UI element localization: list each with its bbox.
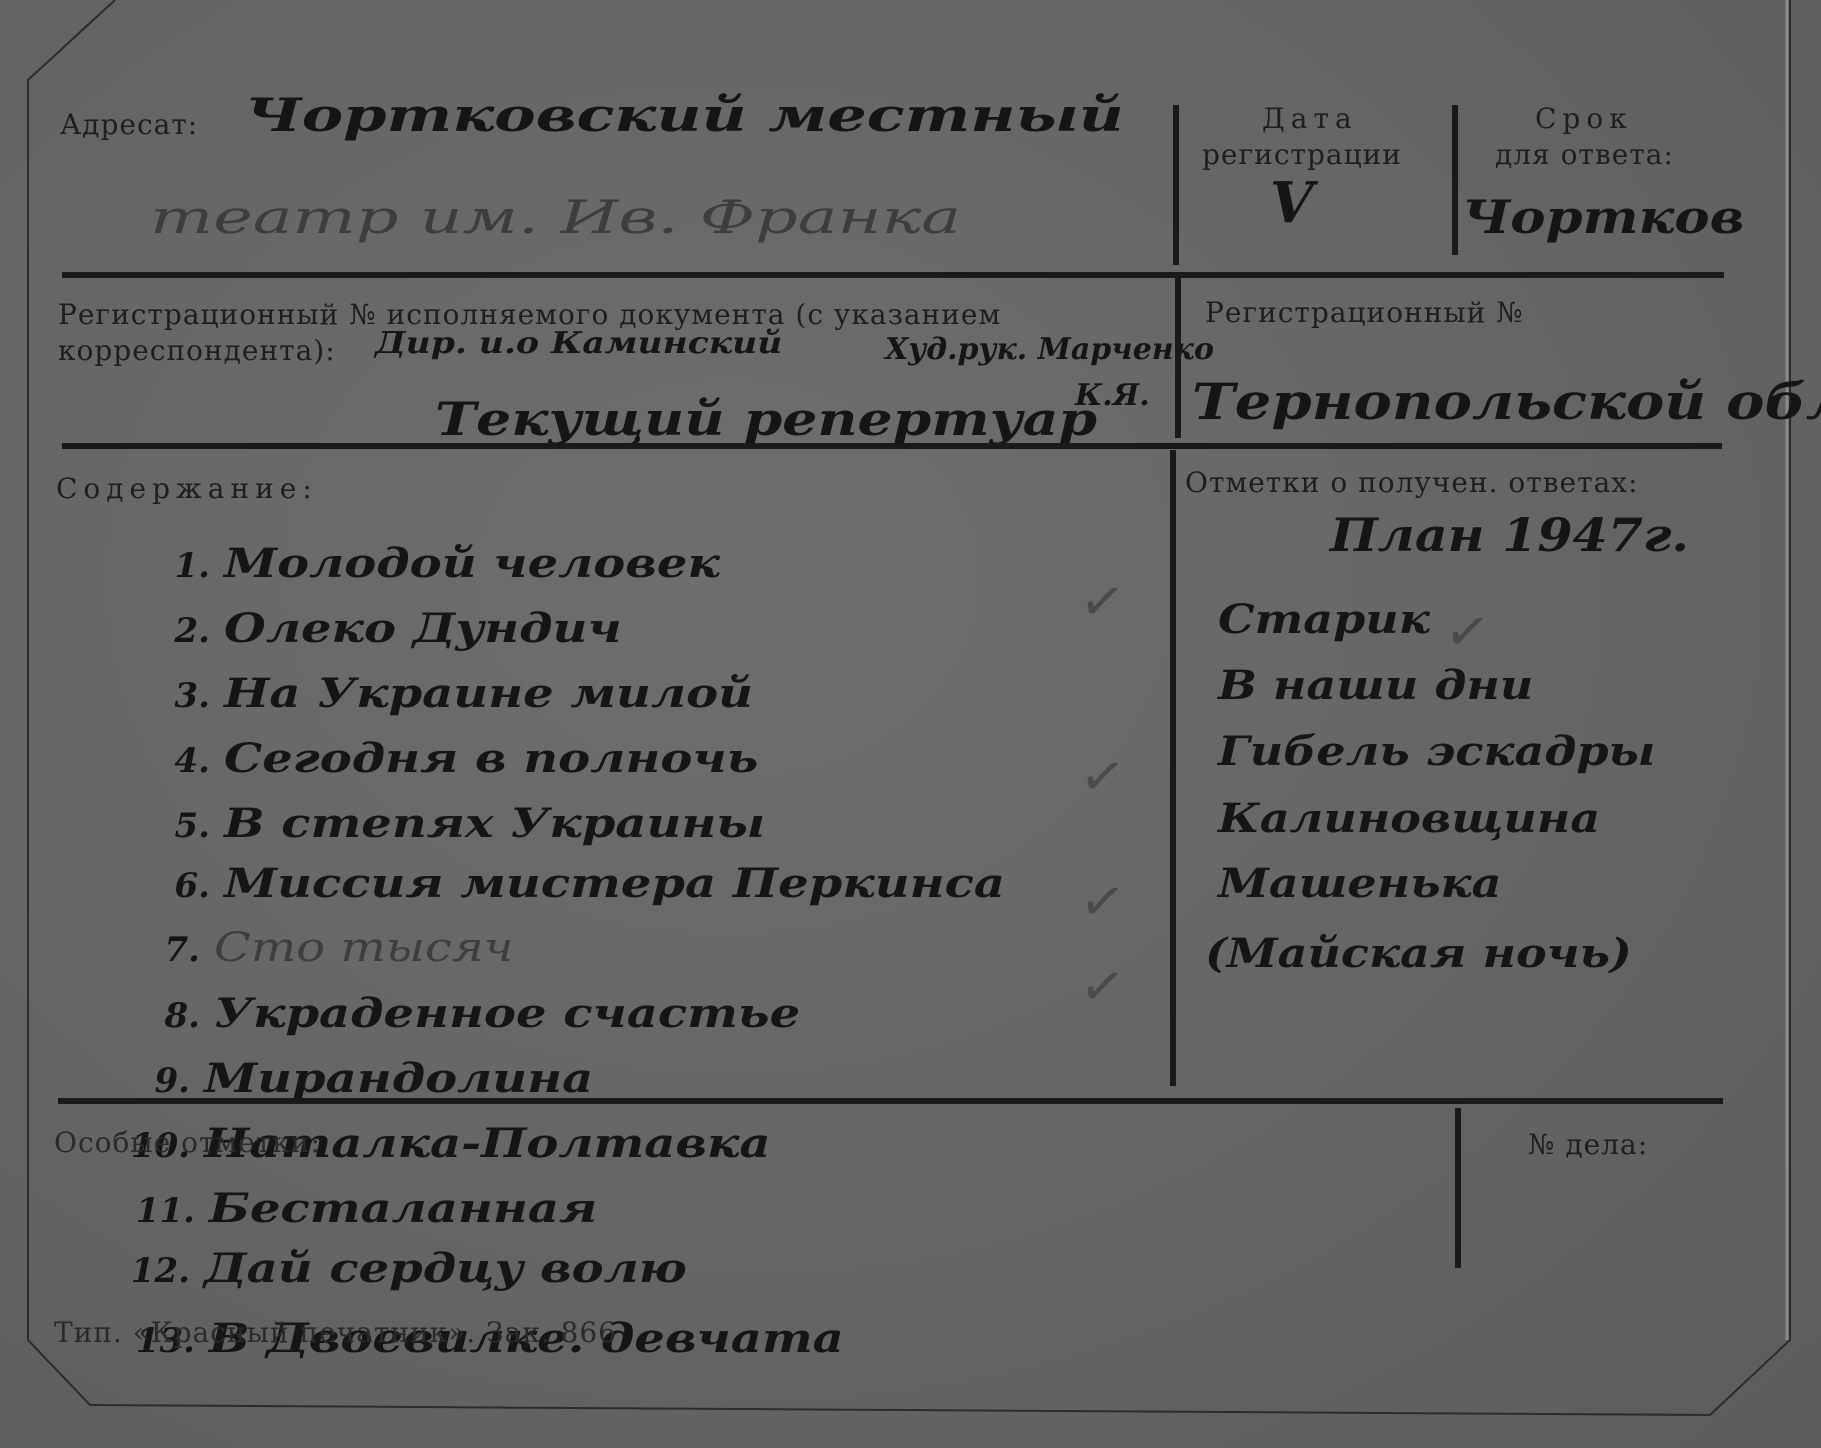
archival-card-photo: Адресат: Чортковский местный театр им. И… [0,0,1821,1448]
exec-doc-art-director: Худ.рук. Марченко [885,332,1214,367]
item-title: На Украине милой [224,670,753,717]
item-number: 6. [140,866,210,906]
horizontal-rule [58,1098,1723,1104]
reply-item: Калиновщина [1218,795,1600,842]
item-number: 12. [120,1251,190,1291]
item-number: 3. [140,676,210,716]
reply-item: В наши дни [1218,662,1533,709]
divider [1175,278,1181,438]
checkmark-icon: ✓ [1076,952,1130,1021]
item-number: 1. [140,546,210,586]
divider [1173,105,1179,265]
addressee-label: Адресат: [60,108,198,141]
reg-no-label: Регистрационный № [1205,296,1524,329]
printer-imprint: Тип. «Красный печатник». Зак. 866 [54,1316,617,1349]
exec-doc-director: Дир. и.о Каминский [375,326,782,361]
item-title: Молодой человек [224,540,720,587]
contents-item: 9.Мирандолина [120,1055,528,1102]
reply-deadline-value: Чортков [1462,190,1744,244]
item-number: 4. [140,741,210,781]
reg-date-label-line1: Дата [1262,102,1358,135]
contents-item: 12.Дай сердцу волю [120,1245,606,1292]
item-title: Сегодня в полночь [224,735,758,782]
reply-item: Гибель эскадры [1218,728,1655,775]
contents-item: 5.В степях Украины [140,800,675,847]
reply-deadline-label-line2: для ответа: [1495,138,1674,171]
contents-item: 2.Олеко Дундич [140,605,555,652]
item-title: В степях Украины [224,800,765,847]
addressee-value-line2: театр им. Ив. Франка [150,190,961,244]
reply-deadline-label-line1: Срок [1535,102,1633,135]
reply-item: Старик [1218,596,1430,643]
item-title: Сто тысяч [214,925,514,971]
item-number: 5. [140,806,210,846]
item-number: 9. [120,1061,190,1101]
horizontal-rule [62,272,1724,278]
plan-heading: План 1947г. [1330,508,1689,562]
item-number: 7. [130,930,200,970]
reg-date-value: V [1270,170,1313,236]
horizontal-rule [62,443,1722,449]
addressee-value-line1: Чортковский местный [245,88,1124,142]
checkmark-icon: ✓ [1076,867,1130,936]
contents-item: 3.На Украине милой [140,670,665,717]
contents-item: 7.Сто тысяч [130,925,464,971]
contents-item: 1.Молодой человек [140,540,637,587]
reg-no-value: Тернопольской обл. [1192,372,1821,431]
item-title: Дай сердцу волю [204,1245,687,1292]
contents-item: 4.Сегодня в полночь [140,735,669,782]
reply-item: (Майская ночь) [1205,930,1632,977]
divider [1170,450,1176,1086]
special-notes-label: Особые отметки: [54,1126,321,1159]
checkmark-icon: ✓ [1076,567,1130,636]
item-title: Бесталанная [209,1185,597,1232]
checkmark-icon: ✓ [1441,597,1495,666]
item-title: Мирандолина [204,1055,593,1102]
item-title: Миссия мистера Перкинса [224,860,1005,907]
exec-doc-label-line2: корреспондента): [58,334,336,367]
divider [1452,105,1458,255]
contents-item: 11.Бесталанная [125,1185,533,1232]
contents-label: Содержание: [56,472,318,505]
item-title: Олеко Дундич [224,605,622,652]
item-number: 2. [140,611,210,651]
exec-doc-value: Текущий репертуар [435,392,1097,446]
item-number: 8. [130,996,200,1036]
divider [1455,1108,1461,1268]
item-number: 11. [125,1191,195,1231]
item-title: Украденное счастье [214,990,800,1037]
case-no-label: № дела: [1528,1128,1648,1161]
reg-date-label-line2: регистрации [1202,138,1402,171]
contents-item: 6.Миссия мистера Перкинса [140,860,875,907]
checkmark-icon: ✓ [1076,742,1130,811]
reply-item: Машенька [1218,860,1501,907]
contents-item: 8.Украденное счастье [130,990,702,1037]
replies-label: Отметки о получен. ответах: [1185,466,1639,499]
